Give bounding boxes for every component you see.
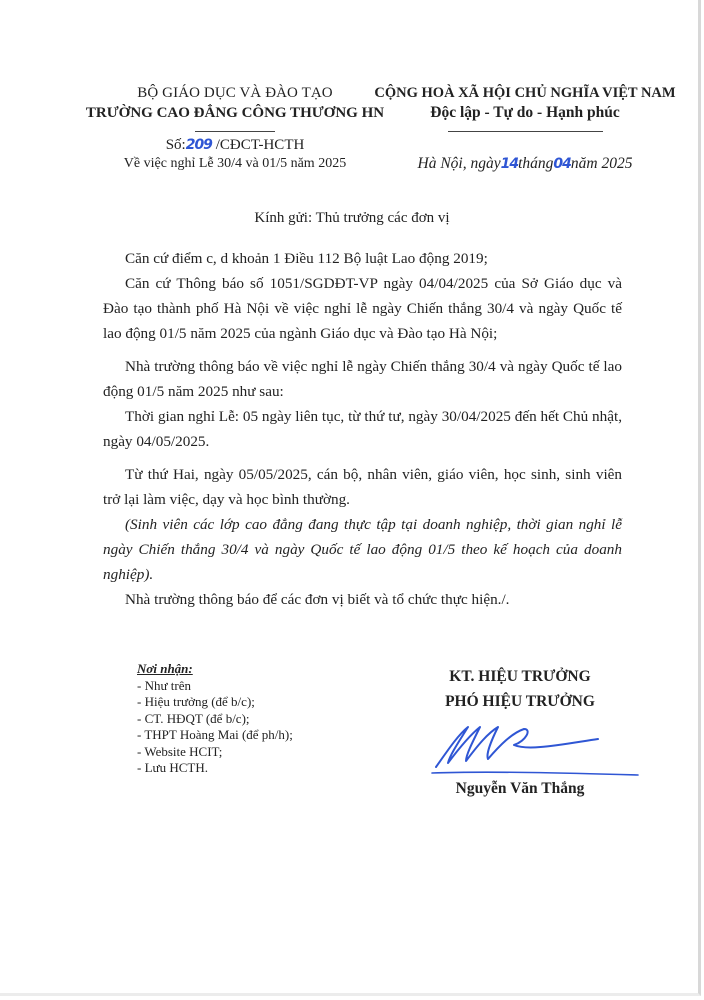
- school-name: TRƯỜNG CAO ĐẲNG CÔNG THƯƠNG HN: [70, 103, 400, 123]
- greeting: Kính gửi: Thủ trưởng các đơn vị: [0, 210, 704, 227]
- document-number: Số:209 /CĐCT-HCTH: [70, 136, 400, 155]
- body-paragraph: Căn cứ Thông báo số 1051/SGDĐT-VP ngày 0…: [103, 271, 622, 346]
- signature-title-2: PHÓ HIỆU TRƯỞNG: [420, 689, 620, 714]
- document-page: BỘ GIÁO DỤC VÀ ĐÀO TẠO TRƯỜNG CAO ĐẲNG C…: [0, 0, 701, 996]
- signature-title-1: KT. HIỆU TRƯỞNG: [420, 664, 620, 689]
- body-paragraph-note: (Sinh viên các lớp cao đẳng đang thực tậ…: [103, 512, 622, 587]
- issue-date: Hà Nội, ngày14tháng04năm 2025: [370, 154, 680, 174]
- signature-block: KT. HIỆU TRƯỞNG PHÓ HIỆU TRƯỞNG: [420, 664, 620, 714]
- national-motto: Độc lập - Tự do - Hạnh phúc: [370, 103, 680, 123]
- date-suffix: năm 2025: [571, 155, 633, 172]
- handwritten-signature-icon: [428, 715, 643, 777]
- issuer-block: BỘ GIÁO DỤC VÀ ĐÀO TẠO TRƯỜNG CAO ĐẲNG C…: [70, 83, 400, 173]
- recipient-item: - CT. HĐQT (để b/c);: [137, 711, 293, 728]
- recipients-title: Nơi nhận:: [137, 661, 293, 678]
- body-paragraph: Căn cứ điểm c, d khoản 1 Điều 112 Bộ luậ…: [103, 246, 622, 271]
- date-prefix: Hà Nội, ngày: [418, 155, 501, 172]
- recipient-item: - Như trên: [137, 678, 293, 695]
- number-suffix: /CĐCT-HCTH: [212, 137, 304, 153]
- national-block: CỘNG HOÀ XÃ HỘI CHỦ NGHĨA VIỆT NAM Độc l…: [370, 83, 680, 174]
- recipient-item: - THPT Hoàng Mai (để ph/h);: [137, 727, 293, 744]
- recipients-block: Nơi nhận: - Như trên - Hiệu trưởng (để b…: [137, 661, 293, 777]
- recipient-item: - Hiệu trưởng (để b/c);: [137, 694, 293, 711]
- ministry-name: BỘ GIÁO DỤC VÀ ĐÀO TẠO: [70, 83, 400, 103]
- body-paragraph: Nhà trường thông báo về việc nghỉ lễ ngà…: [103, 354, 622, 404]
- signer-name: Nguyễn Văn Thắng: [420, 780, 620, 798]
- recipient-item: - Website HCIT;: [137, 744, 293, 761]
- document-body: Căn cứ điểm c, d khoản 1 Điều 112 Bộ luậ…: [103, 246, 622, 612]
- body-paragraph: Thời gian nghỉ Lễ: 05 ngày liên tục, từ …: [103, 404, 622, 454]
- recipient-item: - Lưu HCTH.: [137, 760, 293, 777]
- handwritten-day: 14: [501, 156, 518, 172]
- date-middle: tháng: [518, 155, 553, 172]
- body-paragraph: Từ thứ Hai, ngày 05/05/2025, cán bộ, nhâ…: [103, 462, 622, 512]
- motto-divider: [448, 131, 603, 132]
- number-prefix: Số:: [166, 137, 186, 153]
- nation-title: CỘNG HOÀ XÃ HỘI CHỦ NGHĨA VIỆT NAM: [370, 83, 680, 103]
- issuer-divider: [195, 131, 275, 132]
- handwritten-month: 04: [553, 156, 570, 172]
- body-paragraph-closing: Nhà trường thông báo để các đơn vị biết …: [103, 587, 622, 612]
- handwritten-number: 209: [186, 137, 212, 153]
- document-subject: Về việc nghỉ Lễ 30/4 và 01/5 năm 2025: [70, 155, 400, 173]
